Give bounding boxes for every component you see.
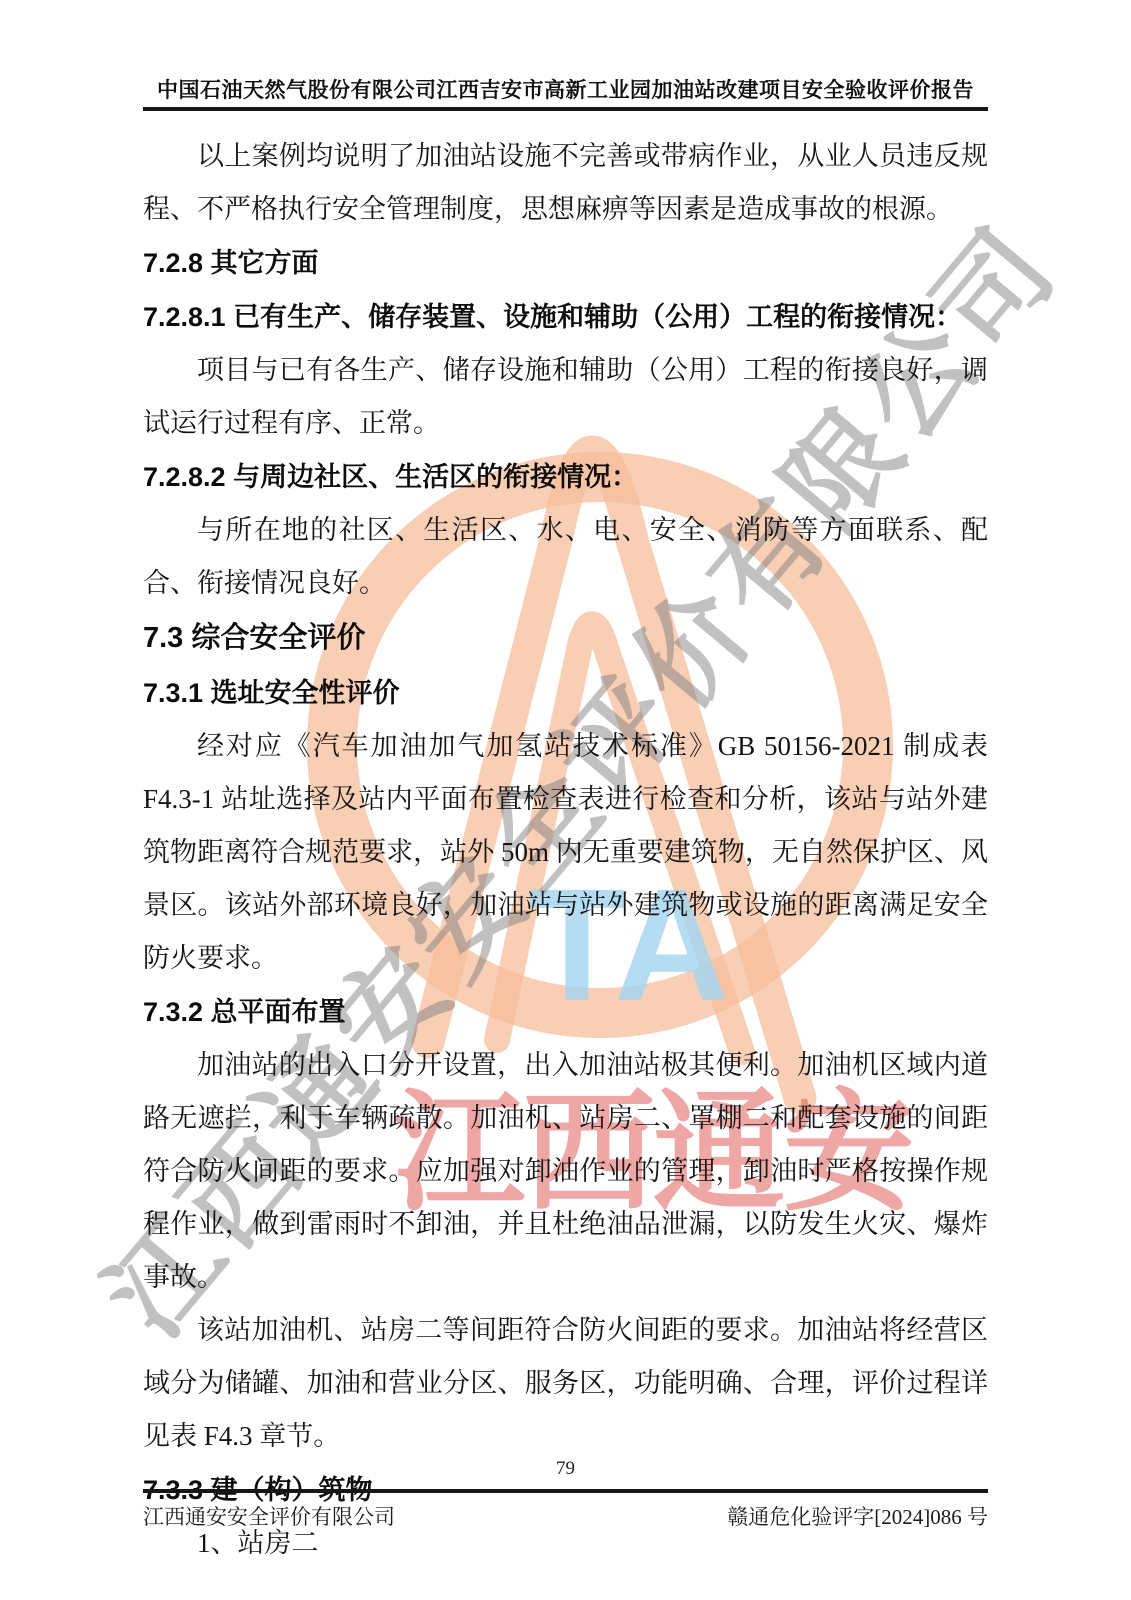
text-layer: 中国石油天然气股份有限公司江西吉安市高新工业园加油站改建项目安全验收评价报告 以… <box>0 0 1131 1600</box>
section-heading-7-3-1: 7.3.1 选址安全性评价 <box>143 666 988 720</box>
body-paragraph-7-3-1: 经对应《汽车加油加气加氢站技术标准》GB 50156-2021 制成表 F4.3… <box>143 720 988 985</box>
footer-rule <box>143 1489 988 1493</box>
body-paragraph-intro: 以上案例均说明了加油站设施不完善或带病作业，从业人员违反规程、不严格执行安全管理… <box>143 130 988 236</box>
page-number: 79 <box>143 1456 988 1482</box>
running-header-title: 中国石油天然气股份有限公司江西吉安市高新工业园加油站改建项目安全验收评价报告 <box>143 74 988 104</box>
section-heading-7-2-8: 7.2.8 其它方面 <box>143 236 988 290</box>
body-paragraph-7-2-8-1: 项目与已有各生产、储存设施和辅助（公用）工程的衔接良好，调试运行过程有序、正常。 <box>143 344 988 450</box>
footer-doc-number: 赣通危化验评字[2024]086 号 <box>727 1501 988 1531</box>
section-heading-7-3-2: 7.3.2 总平面布置 <box>143 985 988 1039</box>
header-rule <box>143 107 988 111</box>
body-paragraph-7-3-2-b: 该站加油机、站房二等间距符合防火间距的要求。加油站将经营区域分为储罐、加油和营业… <box>143 1304 988 1463</box>
section-heading-7-2-8-1: 7.2.8.1 已有生产、储存装置、设施和辅助（公用）工程的衔接情况： <box>143 290 988 344</box>
document-body: 以上案例均说明了加油站设施不完善或带病作业，从业人员违反规程、不严格执行安全管理… <box>143 130 988 1570</box>
document-page: TA 江西通安安全评价有限公司 江西通安 中国石油天然气股份有限公司江西吉安市高… <box>0 0 1131 1600</box>
section-heading-7-2-8-2: 7.2.8.2 与周边社区、生活区的衔接情况： <box>143 450 988 504</box>
footer-company-name: 江西通安安全评价有限公司 <box>143 1501 395 1531</box>
body-paragraph-7-3-2-a: 加油站的出入口分开设置，出入加油站极其便利。加油机区域内道路无遮拦，利于车辆疏散… <box>143 1039 988 1304</box>
body-paragraph-7-2-8-2: 与所在地的社区、生活区、水、电、安全、消防等方面联系、配合、衔接情况良好。 <box>143 504 988 610</box>
footer-row: 江西通安安全评价有限公司 赣通危化验评字[2024]086 号 <box>143 1501 988 1531</box>
section-heading-7-3: 7.3 综合安全评价 <box>143 610 988 666</box>
page-footer: 79 江西通安安全评价有限公司 赣通危化验评字[2024]086 号 <box>143 1456 988 1531</box>
